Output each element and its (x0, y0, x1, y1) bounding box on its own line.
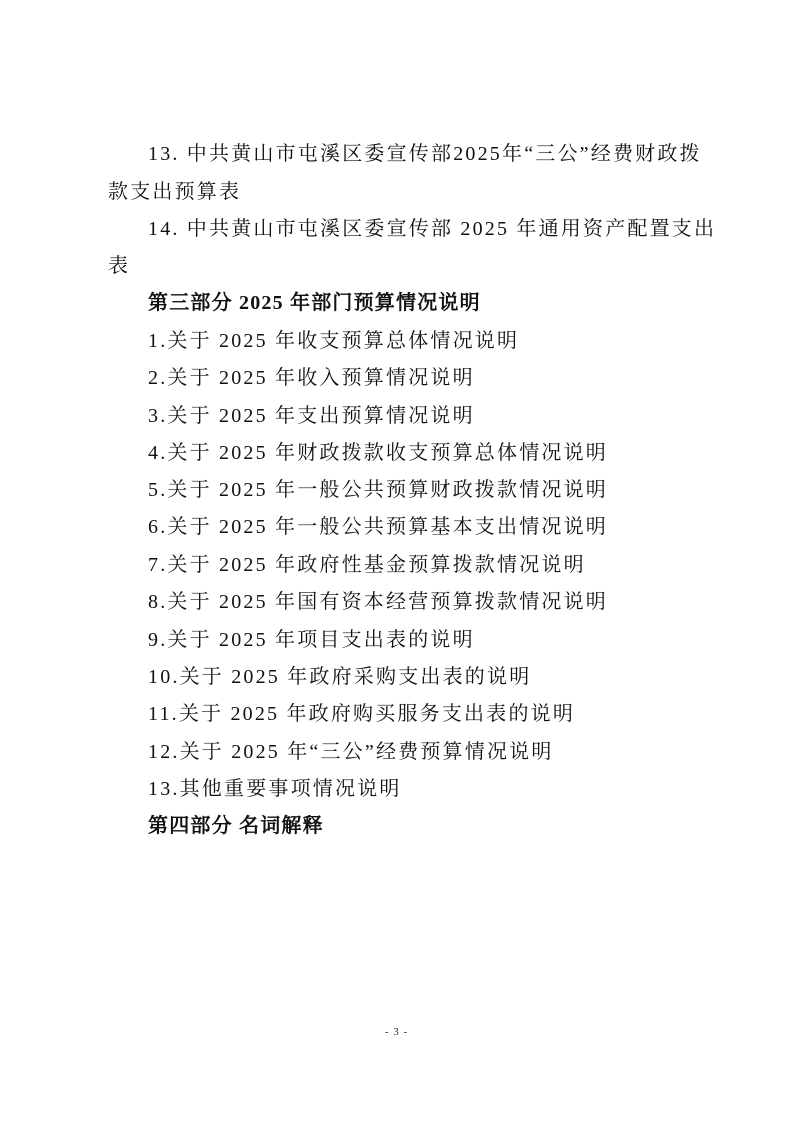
document-page: 13. 中共黄山市屯溪区委宣传部2025年“三公”经费财政拨 款支出预算表 14… (0, 0, 793, 1122)
part3-item-4: 4.关于 2025 年财政拨款收支预算总体情况说明 (148, 441, 608, 465)
toc-item-13-line2: 款支出预算表 (108, 180, 241, 204)
toc-item-14-line2: 表 (108, 254, 130, 278)
part3-item-5: 5.关于 2025 年一般公共预算财政拨款情况说明 (148, 478, 608, 502)
part3-item-3: 3.关于 2025 年支出预算情况说明 (148, 404, 475, 428)
part3-heading: 第三部分 2025 年部门预算情况说明 (148, 291, 481, 315)
part3-item-11: 11.关于 2025 年政府购买服务支出表的说明 (148, 702, 575, 726)
toc-item-13-line1: 13. 中共黄山市屯溪区委宣传部2025年“三公”经费财政拨 (148, 142, 702, 166)
part4-heading: 第四部分 名词解释 (148, 814, 324, 838)
part3-item-10: 10.关于 2025 年政府采购支出表的说明 (148, 665, 531, 689)
part3-item-2: 2.关于 2025 年收入预算情况说明 (148, 366, 475, 390)
part3-item-13: 13.其他重要事项情况说明 (148, 777, 402, 801)
part3-item-8: 8.关于 2025 年国有资本经营预算拨款情况说明 (148, 590, 608, 614)
toc-item-14-line1: 14. 中共黄山市屯溪区委宣传部 2025 年通用资产配置支出 (148, 217, 716, 241)
part3-item-7: 7.关于 2025 年政府性基金预算拨款情况说明 (148, 553, 586, 577)
part3-item-9: 9.关于 2025 年项目支出表的说明 (148, 628, 475, 652)
part3-item-12: 12.关于 2025 年“三公”经费预算情况说明 (148, 740, 554, 764)
part3-item-1: 1.关于 2025 年收支预算总体情况说明 (148, 329, 519, 353)
page-number: - 3 - (0, 1026, 793, 1038)
part3-item-6: 6.关于 2025 年一般公共预算基本支出情况说明 (148, 515, 608, 539)
